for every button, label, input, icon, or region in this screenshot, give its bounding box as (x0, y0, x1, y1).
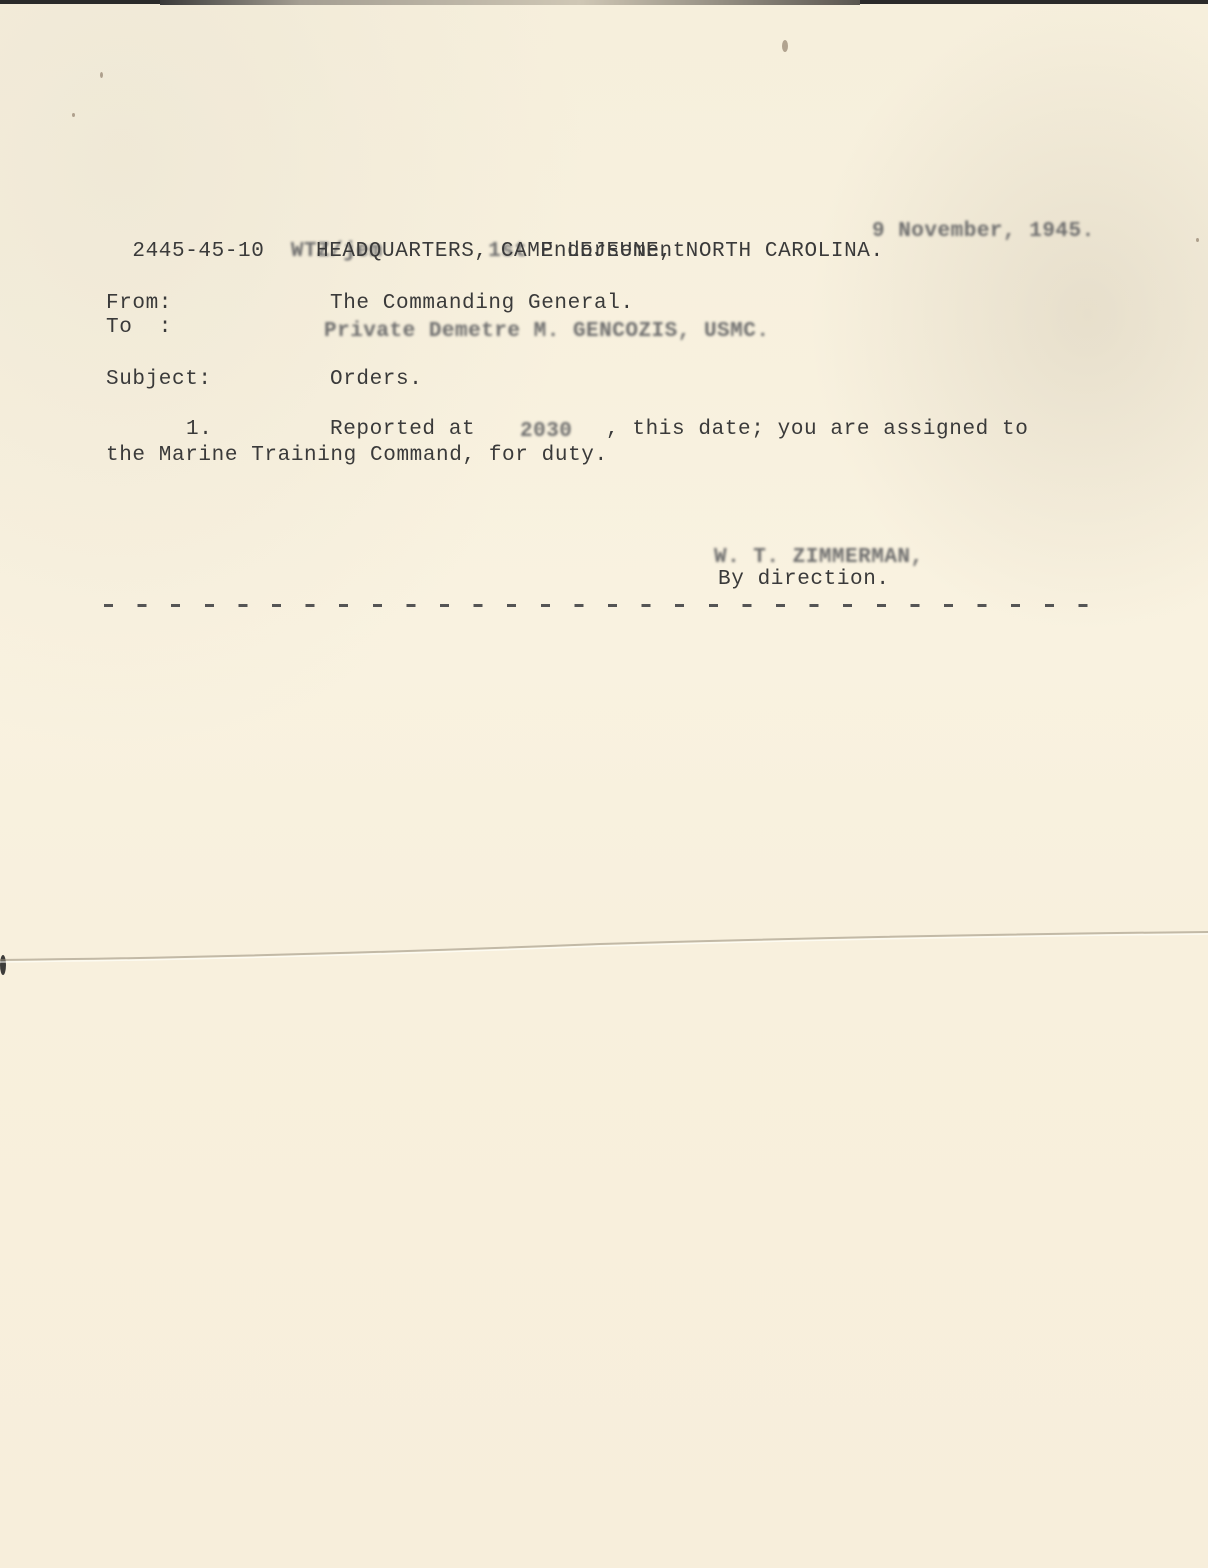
body-line-2: the Marine Training Command, for duty. (106, 444, 608, 468)
report-time: 2030 (520, 420, 572, 444)
headquarters-line: HEADQUARTERS, CAMP LEJEUNE, NORTH CAROLI… (316, 240, 884, 264)
from-value: The Commanding General. (330, 292, 634, 316)
document-date: 9 November, 1945. (872, 220, 1095, 244)
to-value: Private Demetre M. GENCOZIS, USMC. (324, 320, 769, 344)
subject-value: Orders. (330, 368, 422, 392)
ink-spot (782, 40, 788, 52)
ink-spot (100, 72, 103, 78)
body-line-1-end: , this date; you are assigned to (606, 418, 1028, 442)
file-number: 2445-45-10 (132, 240, 264, 263)
scan-top-edge-shadow (160, 0, 860, 5)
signature-name: W. T. ZIMMERMAN, (714, 546, 924, 570)
faint-bleedthrough-mark (118, 160, 238, 170)
dashed-separator (104, 604, 1106, 607)
from-label: From: (106, 292, 172, 316)
body-line-1-start: Reported at (330, 418, 475, 442)
to-label: To : (106, 316, 172, 340)
subject-label: Subject: (106, 368, 212, 392)
paragraph-number: 1. (186, 418, 212, 442)
signature-authority: By direction. (718, 568, 890, 592)
paper-fold-crease (0, 930, 1208, 970)
ink-spot (72, 113, 75, 117)
ink-spot (1196, 238, 1199, 242)
